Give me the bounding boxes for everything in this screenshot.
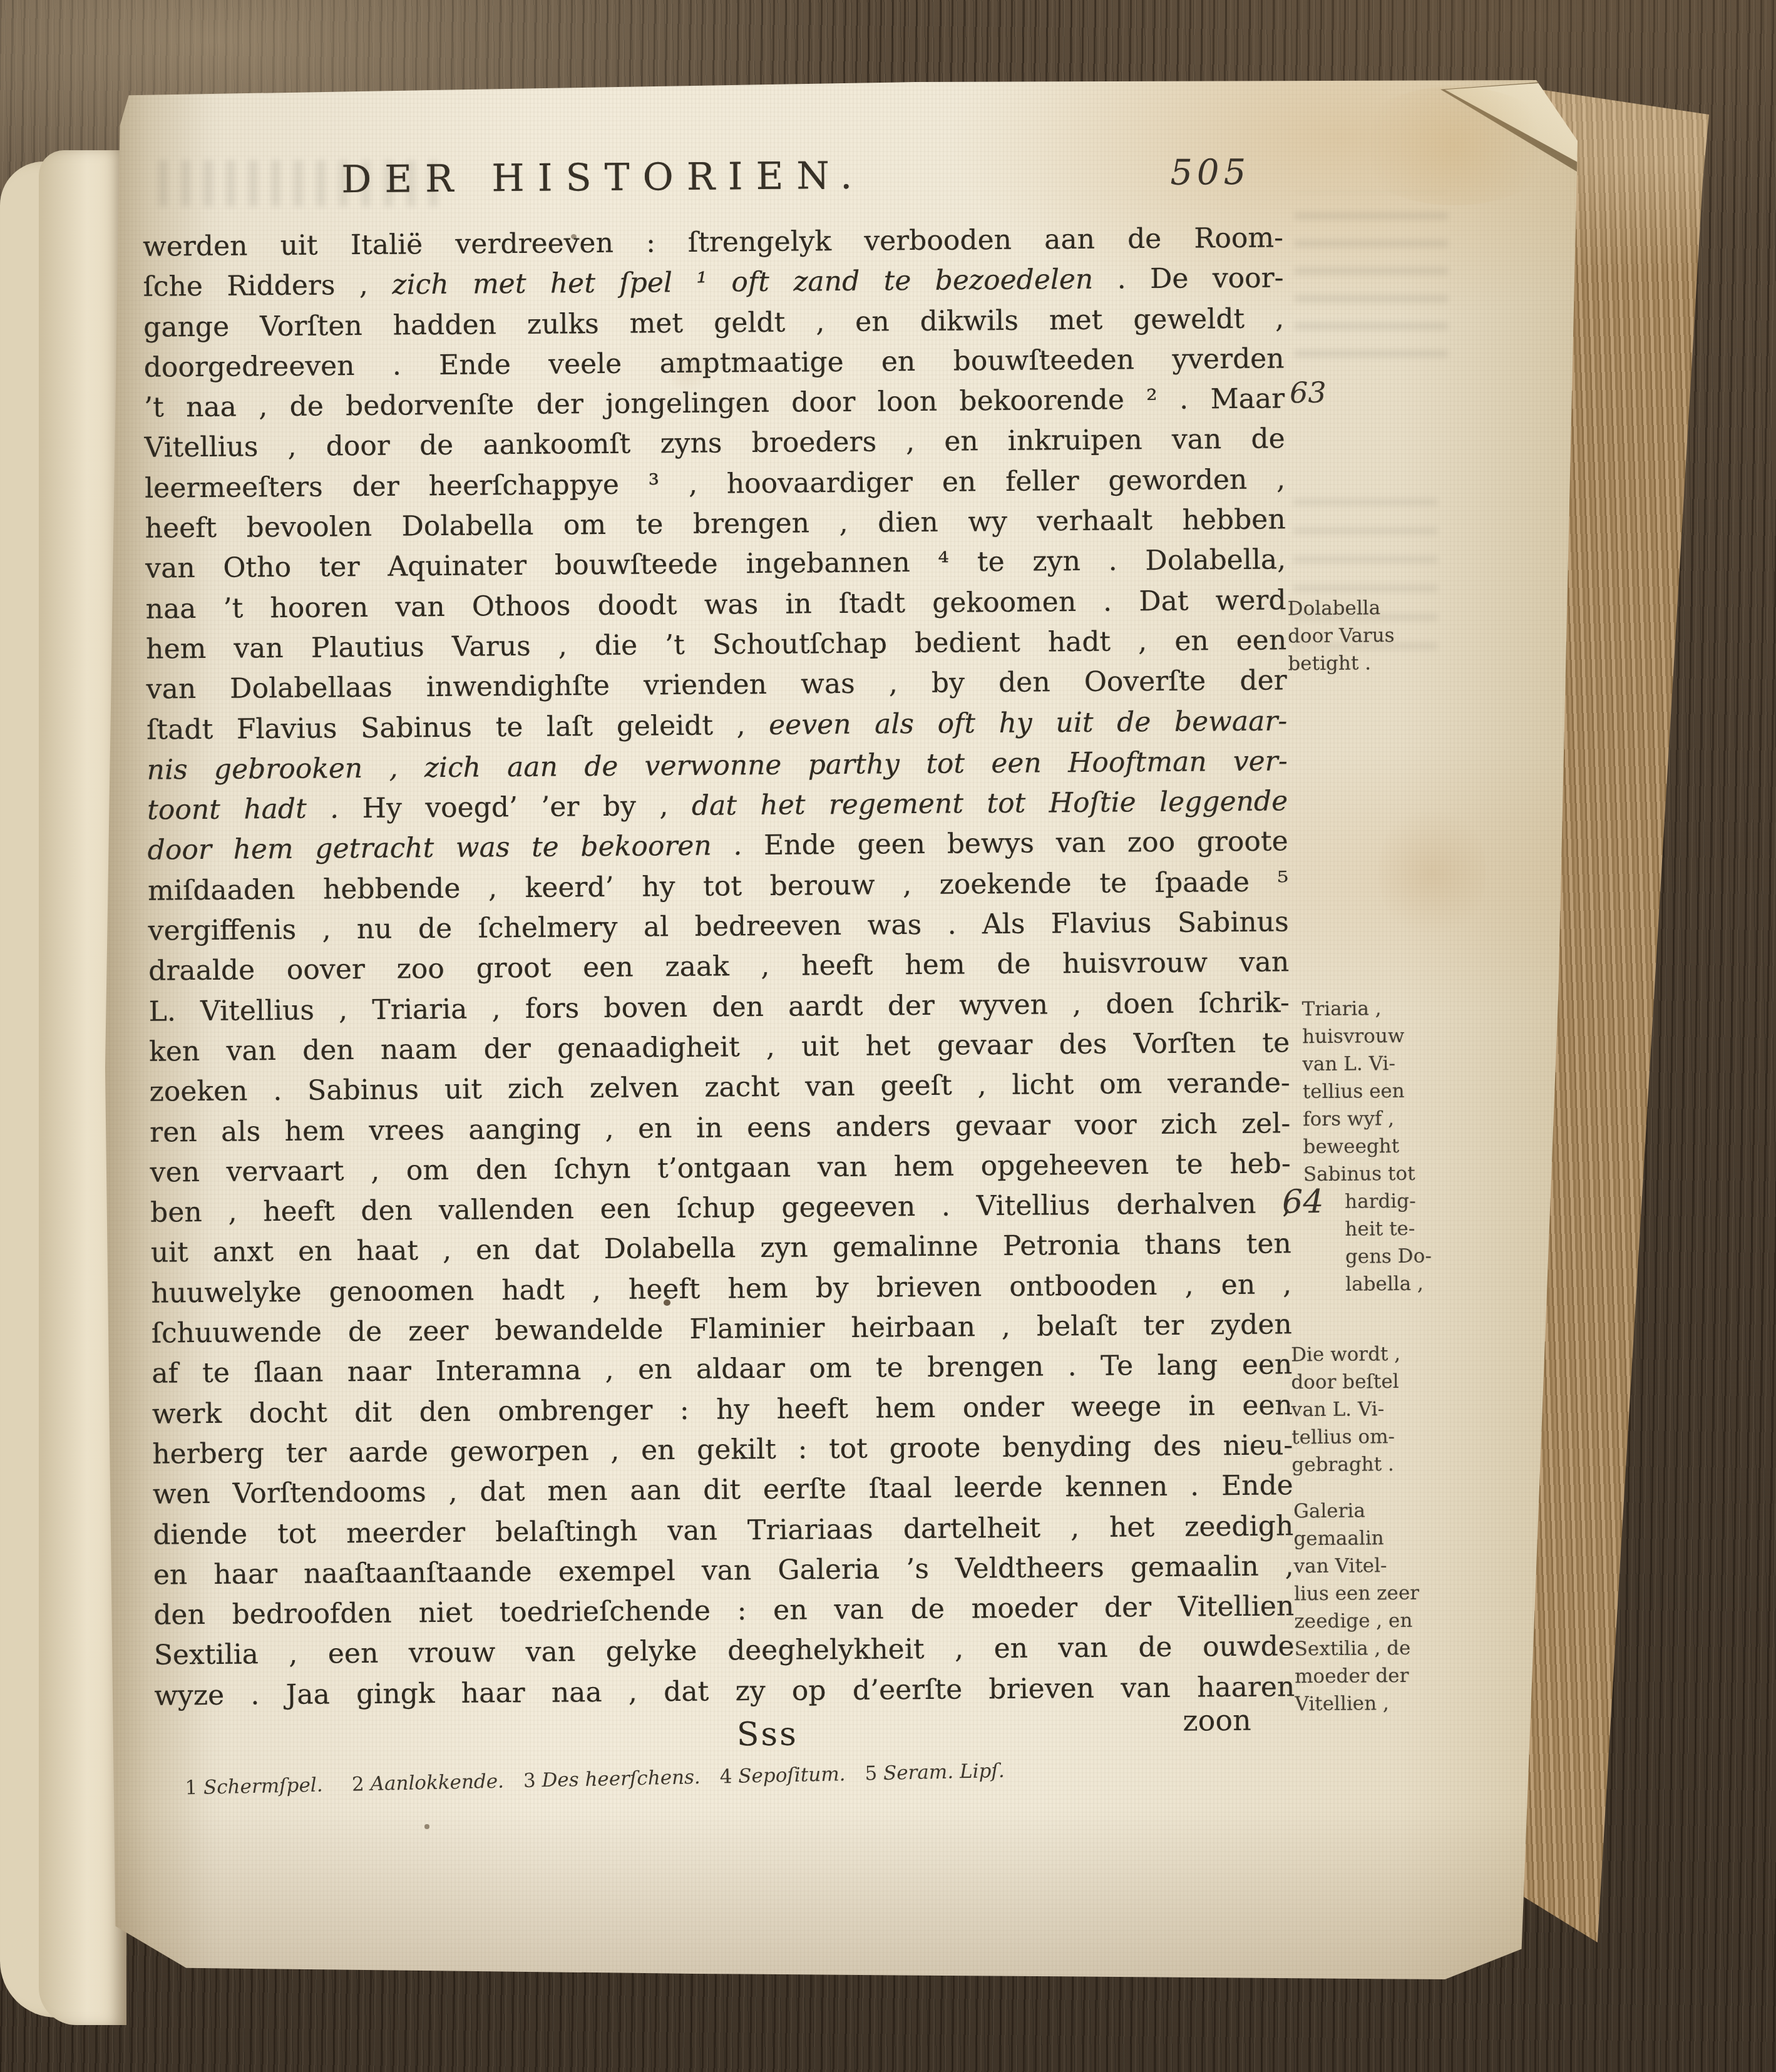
text-segment: miſdaaden hebbende , keerd’ hy tot berou… [148, 866, 1288, 906]
text-segment: ben , heeft den vallenden een ſchup gege… [150, 1187, 1291, 1228]
text-segment: zoeken . Sabinus uit zich zelven zacht v… [150, 1067, 1290, 1108]
italic-text-segment: nis gebrooken , zich aan de verwonne par… [147, 745, 1288, 786]
text-segment: 2 [352, 1773, 371, 1796]
page-number: 505 [1170, 152, 1250, 193]
text-segment: huuwelyke genoomen hadt , heeft hem by b… [151, 1268, 1291, 1309]
catchword: zoon [1049, 1703, 1251, 1739]
text-segment: Hy voegd’ ’er by , [339, 790, 692, 824]
italic-text-segment: zich met het ſpel ¹ oft zand te bezoedel… [392, 264, 1093, 301]
text-segment: Ende geen bewys van zoo groote [742, 826, 1288, 862]
text-segment: ven vervaart , om den ſchyn t’ontgaan va… [150, 1147, 1291, 1188]
text-segment: uit anxt en haat , en dat Dolabella zyn … [151, 1228, 1291, 1269]
text-segment: van Otho ter Aquinater bouwſteede ingeba… [145, 544, 1286, 585]
text-segment: wen Vorſtendooms , dat men aan dit eerſt… [153, 1470, 1293, 1510]
text-segment: ’t naa , de bedorvenſte der jongelingen … [144, 383, 1285, 424]
margin-note-dolabella: Dolabella door Varus betight . [1288, 594, 1395, 677]
text-segment: Vitellius , door de aankoomſt zyns broed… [144, 423, 1285, 464]
text-segment: werk docht dit den ombrenger : hy heeft … [152, 1389, 1293, 1430]
italic-text-segment: Schermſpel. [203, 1774, 323, 1799]
text-segment: doorgedreeven . Ende veele amptmaatige e… [143, 342, 1284, 383]
text-segment: heeft bevoolen Dolabella om te brengen ,… [145, 503, 1285, 544]
text-segment: ren als hem vrees aanging , en in eens a… [150, 1107, 1290, 1148]
text-segment: 5 [865, 1762, 883, 1785]
text-segment: en haar naaſtaanſtaande exempel van Gale… [153, 1550, 1294, 1591]
text-segment: herberg ter aarde geworpen , en gekilt :… [152, 1429, 1293, 1470]
body-text: werden uit Italië verdreeven : ſtrengely… [143, 218, 1295, 1716]
text-segment: leermeeſters der heerſchappye ³ , hoovaa… [145, 463, 1285, 504]
text-segment: draalde oover zoo groot een zaak , heeft… [148, 946, 1289, 987]
page-content: DER HISTORIEN. 505 werden uit Italië ver… [98, 74, 1585, 1985]
italic-text-segment: Des heerſchens. [542, 1766, 701, 1792]
text-segment: den bedroofden niet toedrieſchende : en … [153, 1590, 1294, 1631]
text-segment [700, 1765, 720, 1788]
margin-note-die-wordt: Die wordt , door beſtel van L. Vi- telli… [1291, 1340, 1402, 1479]
text-segment: . De voor- [1093, 262, 1284, 295]
text-segment: werden uit Italië verdreeven : ſtrengely… [143, 222, 1283, 262]
text-segment: ſtadt Flavius Sabinus te laſt geleidt , [146, 709, 769, 746]
book-page: DER HISTORIEN. 505 werden uit Italië ver… [105, 80, 1578, 1979]
text-segment: gange Vorſten hadden zulks met geldt , e… [143, 302, 1284, 343]
margin-section-number-64: 64 [1282, 1183, 1324, 1221]
italic-text-segment: Aanlokkende. [370, 1770, 504, 1795]
text-segment: L. Vitellius , Triaria , fors boven den … [149, 987, 1290, 1027]
italic-text-segment: dat het regement tot Hoſtie leggende [692, 786, 1288, 822]
text-segment: 1 [185, 1777, 203, 1800]
text-segment: naa ’t hooren van Othoos doodt was in ſt… [145, 584, 1286, 625]
signature-mark: Sss [737, 1716, 798, 1754]
running-header: DER HISTORIEN. [341, 154, 865, 202]
italic-text-segment: Seram. Lipſ. [883, 1760, 1005, 1785]
italic-text-segment: door hem getracht was te bekooren . [148, 830, 742, 866]
text-segment: vergiffenis , nu de ſchelmery al bedreev… [148, 906, 1289, 946]
text-segment: ſche Ridders , [143, 269, 392, 303]
margin-note-galeria-sextilia: Galeria gemaalin van Vitel- lius een zee… [1293, 1497, 1420, 1718]
text-segment: van Dolabellaas inwendighſte vrienden wa… [146, 665, 1286, 705]
text-segment: diende tot meerder belaſtingh van Triari… [153, 1510, 1293, 1551]
italic-text-segment: eeven als oft hy uit de bewaar- [769, 705, 1287, 741]
text-segment [845, 1763, 865, 1786]
italic-text-segment: toont hadt . [147, 792, 339, 826]
margin-note-triaria: Triaria , huisvrouw van L. Vi- tellius e… [1302, 995, 1415, 1188]
italic-text-segment: Sepoſitum. [738, 1763, 846, 1788]
text-segment: 4 [719, 1765, 738, 1788]
text-segment: 3 [523, 1769, 542, 1792]
text-segment: ken van den naam der genaadigheit , uit … [149, 1027, 1290, 1067]
text-segment [322, 1773, 352, 1797]
text-segment: ſchuuwende de zeer bewandelde Flaminier … [151, 1308, 1292, 1349]
footnotes-line: 1 Schermſpel. 2 Aanlokkende. 3 Des heerſ… [185, 1753, 1286, 1799]
text-segment: af te ſlaan naar Interamna , en aldaar o… [151, 1349, 1292, 1390]
book-photo-scene: DER HISTORIEN. 505 werden uit Italië ver… [0, 0, 1776, 2072]
text-segment [504, 1770, 524, 1793]
margin-note-triaria-continued: hardig- heit te- gens Do- labella , [1345, 1187, 1432, 1298]
text-segment: Sextilia , een vrouw van gelyke deeghely… [154, 1631, 1295, 1671]
margin-section-number-63: 63 [1290, 376, 1327, 409]
text-segment: hem van Plautius Varus , die ’t Schoutſc… [146, 624, 1286, 665]
